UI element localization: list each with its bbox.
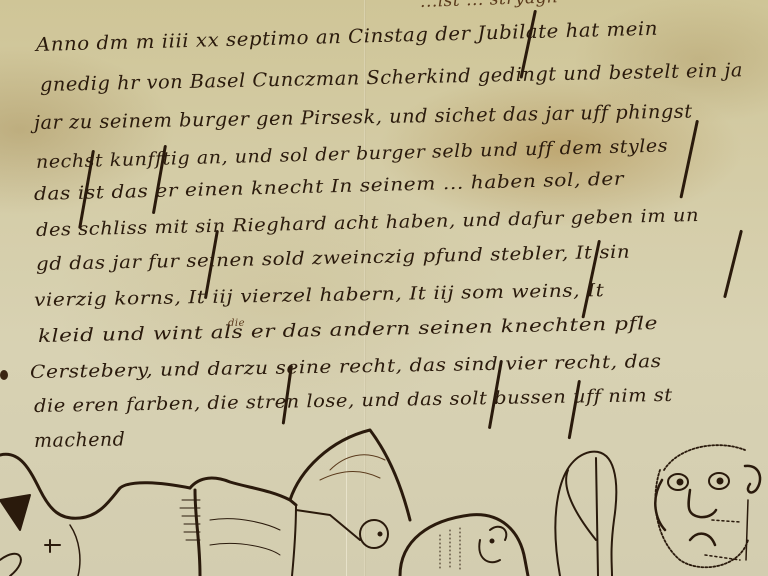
pen-sketches bbox=[0, 0, 768, 576]
profile-head-sketch-left bbox=[0, 454, 190, 576]
grotesque-face-sketch bbox=[400, 515, 528, 576]
profile-head-sketch-center bbox=[180, 430, 410, 576]
bearded-face-sketch bbox=[655, 445, 760, 567]
shield-shape-sketch bbox=[555, 452, 616, 576]
